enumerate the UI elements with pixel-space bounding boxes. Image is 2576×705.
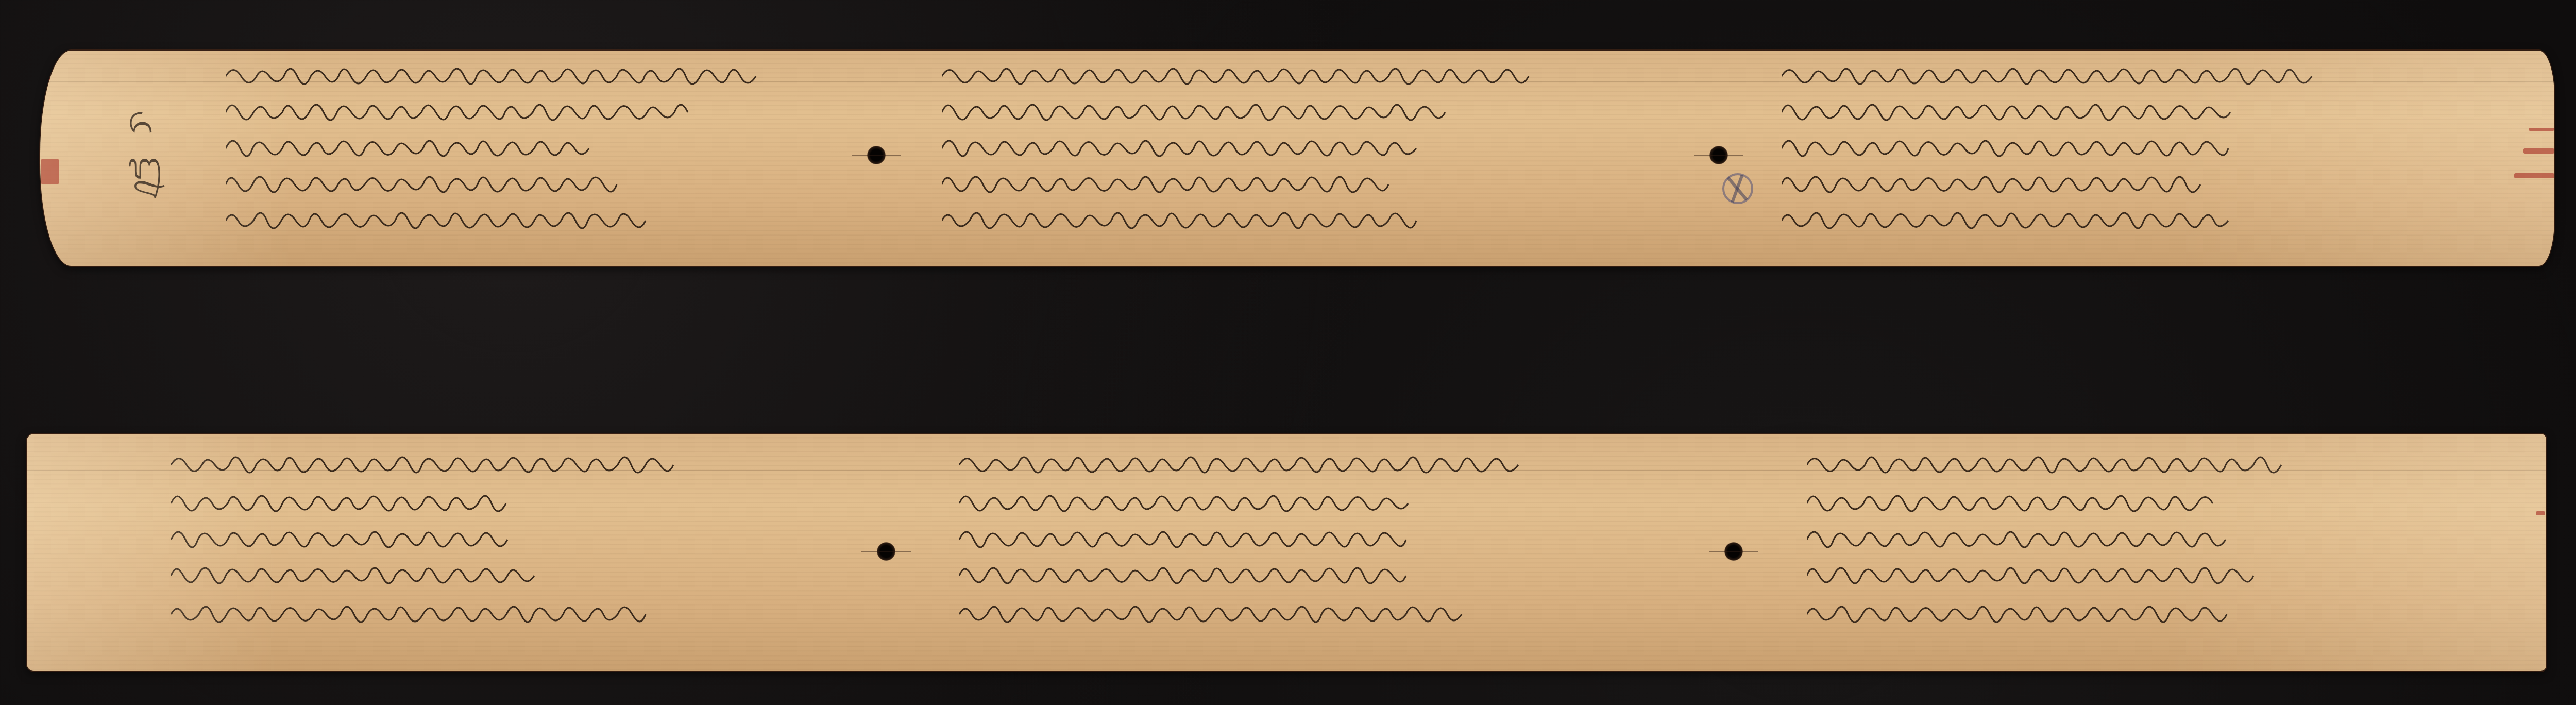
text-line: [226, 128, 844, 164]
palm-leaf-bottom: [27, 434, 2546, 671]
text-column-1: [226, 51, 844, 266]
text-line: [226, 164, 844, 200]
text-line: [226, 56, 844, 92]
string-hole-right: [1724, 542, 1743, 561]
string-hole-right: [1709, 146, 1728, 164]
text-column-2: [942, 51, 1663, 266]
text-column-2: [959, 434, 1670, 671]
text-column-3: [1807, 434, 2477, 671]
text-line: [226, 200, 844, 236]
manuscript-photo: ᭖ ᭒: [0, 0, 2576, 705]
text-column-3: [1782, 51, 2467, 266]
stamp-mark: [1722, 173, 1753, 204]
leaf-numeral-2: ᭒: [128, 148, 162, 184]
leaf-numeral-1: ᭖: [128, 102, 154, 138]
string-hole-left: [877, 542, 895, 561]
string-hole-left: [867, 146, 886, 164]
palm-leaf-top: ᭖ ᭒: [40, 51, 2554, 266]
text-line: [226, 92, 844, 128]
text-column-1: [171, 434, 841, 671]
